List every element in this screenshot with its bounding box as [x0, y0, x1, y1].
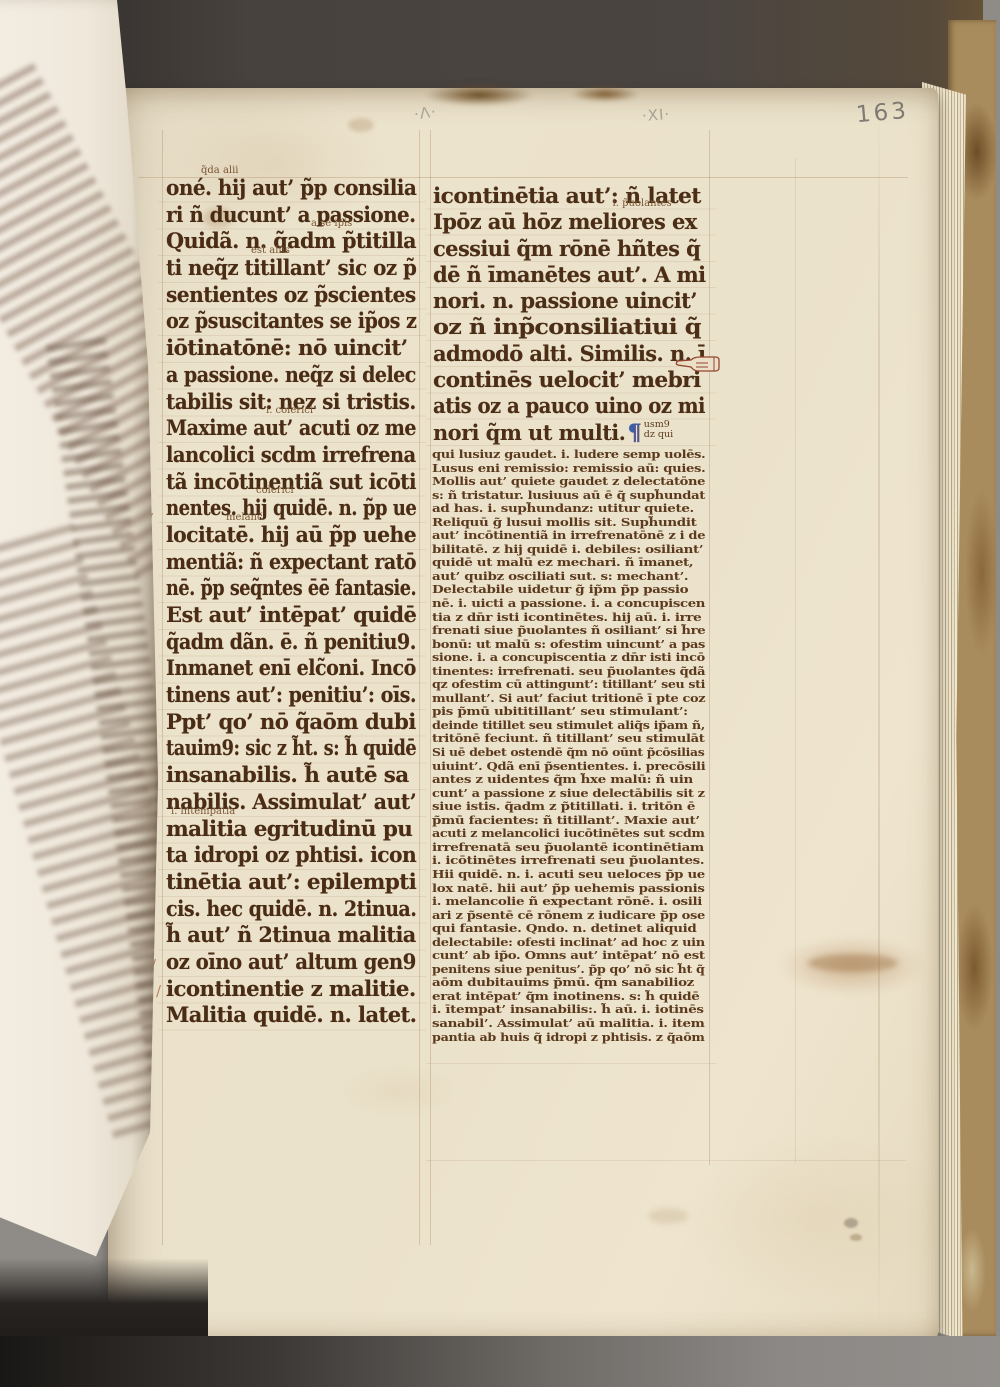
- ruling-line: [709, 130, 710, 1165]
- ruling-line: [426, 1063, 716, 1064]
- quire-mark: ·Λ·: [413, 103, 438, 124]
- gloss-line: aut’ incōtinentiã in irrefrenatōnē z i d…: [432, 529, 709, 543]
- text-line: colericinentes. hij quidē. n. p̃p ue: [166, 496, 416, 523]
- ruling-line: [162, 130, 163, 1245]
- gloss-line: cunt’ ab ip̃o. Omns aut’ intēpat’ nō est: [432, 949, 709, 963]
- margin-tick: /: [156, 982, 161, 1000]
- gloss-line: uiuint’. Qdã enī p̃sentientes. i. precōs…: [432, 760, 709, 774]
- gloss-line: lox natē. hii aut’ p̃p uehemis passionis: [432, 882, 709, 896]
- gloss-line: cunt’ a passione z siue delectābilis sit…: [432, 787, 709, 801]
- text-line: admodō alti. Similis. n. ī: [433, 341, 705, 367]
- text-line: atis oz a pauco uino oz mi: [433, 393, 705, 419]
- right-text-column: icontinētia aut’: ñ lateti. p̃uolantesIp…: [433, 183, 705, 420]
- gloss-line: ad has. i. suph̃undanz: utitur quiete.: [432, 502, 709, 516]
- text-line: oz p̃suscitantes se ip̃os z: [166, 309, 416, 336]
- text-line: nē. p̃p seq̃ntes ēē fantasie.: [166, 576, 416, 603]
- gloss-line: Lusus eni remissio: remissio aū: quies.: [432, 462, 709, 476]
- text-line: a passione. neq̃z si delec: [166, 363, 416, 390]
- ruling-line: [419, 130, 420, 1245]
- gloss-line: Mollis aut’ quiete gaudet z delectatōne: [432, 475, 709, 489]
- gloss-line: aōm dubitauims p̃mū. q̃m sanabilioz: [432, 976, 709, 990]
- quire-mark: ·XI·: [641, 105, 670, 125]
- gloss-line: quidē ut malū ez mechari. ñ īmanet,: [432, 556, 709, 570]
- text-line: q̃da aliioné. hij aut’ p̃p consilia: [166, 176, 416, 203]
- text-line: ta idropi oz phtisi. icon: [166, 843, 416, 870]
- interlinear-gloss: i. colerici: [266, 406, 313, 416]
- gloss-line: tinentes: irrefrenati. seu p̃uolantes q̃…: [432, 665, 709, 679]
- pencil-smudge: [844, 1218, 858, 1228]
- gloss-line: tritōnē feciunt. ñ titillant’ seu stimul…: [432, 732, 709, 746]
- gloss-line: bonū: ut malū s: ofestim uincunt’ a pas: [432, 638, 709, 652]
- text-line: est aliisti neq̃z titillant’ sic oz p̃: [166, 256, 416, 283]
- gloss-line: Reliquū g̃ lusui mollis sit. Suph̃undit: [432, 516, 709, 530]
- gloss-line: p̃mū facientes: ñ titillant’. Maxie aut’: [432, 814, 709, 828]
- manuscript-page: 163 ·Λ· ·XI· q̃da aliioné. hij aut’ p̃p …: [108, 88, 938, 1342]
- text-line: tinētia aut’: epilempti: [166, 870, 416, 897]
- gloss-line: nē. i. uicti a passione. i. a concupisce…: [432, 597, 709, 611]
- gloss-line: ari z p̃sentē cē rōnem z iudicare p̃p os…: [432, 909, 709, 923]
- water-stain: [808, 954, 898, 972]
- burn-stain: [424, 84, 534, 106]
- interlinear-gloss: colerici: [256, 486, 294, 496]
- manicule-icon: [674, 350, 720, 378]
- gloss-line: i. melancolie ñ expectant rōnē. i. osili: [432, 895, 709, 909]
- text-line: nori. n. passione uincit’: [433, 288, 705, 314]
- foxing-spot: [348, 118, 374, 132]
- ruling-line: [795, 158, 796, 1163]
- gloss-line: Si uē debet ostendē q̃m nō oūnt p̃cōsili…: [432, 746, 709, 760]
- text-line: tauim9: sic z h̃t. s: h̃ quidē: [166, 736, 416, 763]
- text-line: oz ñ inp̃consiliatiui q̃: [433, 314, 705, 340]
- manuscript-photo: 163 ·Λ· ·XI· q̃da aliioné. hij aut’ p̃p …: [0, 0, 1000, 1387]
- text-line: cessiui q̃m rōnē hñtes q̃: [433, 236, 705, 262]
- gloss-line: deinde titillet seu stimulet aliq̃s ip̃a…: [432, 719, 709, 733]
- text-line: lancolici scdm irrefrena: [166, 443, 416, 470]
- text-line: i. colericiMaxime aut’ acuti oz me: [166, 416, 416, 443]
- gloss-line: antes z uidentes q̃m h̃xe malū: ñ uin: [432, 773, 709, 787]
- gloss-line: qui lusiuz gaudet. i. ludere semp uolēs.: [432, 448, 709, 462]
- text-line: tinens aut’: penitiu’: oīs.: [166, 683, 416, 710]
- interlinear-gloss: est aliis: [251, 246, 290, 256]
- background-top: [0, 0, 1000, 94]
- gloss-line: aut’ quibz osciliati sut. s: mechant’.: [432, 570, 709, 584]
- text-line: i. p̃uolantesIpōz aū hōz meliores ex: [433, 209, 705, 235]
- gloss-line: pis p̃mū ubititillant’ seu stimulant’:: [432, 705, 709, 719]
- interlinear-gloss: a se ip̃is: [311, 219, 352, 229]
- interlinear-gloss: q̃da alii: [201, 166, 239, 176]
- burn-stain: [570, 86, 640, 102]
- ruling-line: [430, 130, 431, 1245]
- gloss-line: Hii quidē. n. i. acuti seu ueloces p̃p u…: [432, 868, 709, 882]
- text-line: Est aut’ intēpat’ quidē: [166, 603, 416, 630]
- gloss-line: penitens siue penitus’. p̃p qo’ nō sic h…: [432, 963, 709, 977]
- gloss-line: pantia ab huis q̃ idropi z phtisis. z q̃…: [432, 1031, 709, 1045]
- gloss-line: mullant’. Si aut’ faciut tritionē ī pte …: [432, 692, 709, 706]
- text-line: iōtinatōnē: nō uincit’: [166, 336, 416, 363]
- interlinear-gloss: i. intempãtia: [171, 807, 235, 817]
- gloss-line: sanabil’. Assimulat’ aū malitia. i. item: [432, 1017, 709, 1031]
- gloss-catchword: usm9dz qui: [644, 420, 673, 440]
- text-line: Inmanet enī elc̃oni. Incō: [166, 656, 416, 683]
- left-text-column: q̃da aliioné. hij aut’ p̃p consiliari ñ …: [166, 176, 416, 1030]
- text-line: insanabilis. h̃ autē sa: [166, 763, 416, 790]
- gloss-line: siue istis. q̃adm z p̃titillati. i. trit…: [432, 800, 709, 814]
- text-line: dē ñ īmanētes aut’. A mi: [433, 262, 705, 288]
- text-line: mentiã: ñ expectant ratō: [166, 550, 416, 577]
- gloss-line: bilitatē. z hij quidē i. debiles: osilia…: [432, 543, 709, 557]
- gloss-line: i. icōtinētes irrefrenati seu p̃uolantes…: [432, 854, 709, 868]
- text-line: icontinentie z malitie.: [166, 977, 416, 1004]
- pilcrow-mark: ¶: [627, 420, 640, 446]
- gloss-text-column: qui lusiuz gaudet. i. ludere semp uolēs.…: [432, 448, 709, 1044]
- gloss-line: irrefrenatā seu p̃uolantē icontinētiam: [432, 841, 709, 855]
- page-crease: [878, 96, 880, 1336]
- text-line: continēs uelocit’ mebri: [433, 367, 705, 393]
- text-line: h̃ aut’ ñ 2tinua malitia: [166, 923, 416, 950]
- background-bottom: [0, 1336, 1000, 1387]
- gloss-line: acuti z melancolici iucōtinētes sut scdm: [432, 827, 709, 841]
- gloss-line: i. ītempat’ insanabilis:. h̃ aū. i. ioti…: [432, 1003, 709, 1017]
- text-line: sentientes oz p̃scientes: [166, 283, 416, 310]
- text-line: oz oīno aut’ altum gen9: [166, 950, 416, 977]
- gloss-line: s: ñ tristatur. lusiuus aū ē q̃ suph̃und…: [432, 489, 709, 503]
- gloss-line: Delectabile uidetur g̃ ip̃m p̃p passio: [432, 583, 709, 597]
- text-line: cis. hec quidē. n. 2tinua.: [166, 897, 416, 924]
- text-line: a se ip̃isQuidã. n. q̃adm p̃titilla: [166, 229, 416, 256]
- interlinear-gloss: i. p̃uolantes: [613, 199, 672, 209]
- gloss-line: delectabile: ofesti inclinat’ ad hoc z u…: [432, 936, 709, 950]
- gloss-line: sione. i. a concupiscentia z dn̄r isti i…: [432, 651, 709, 665]
- text-line: ri ñ ducunt’ a passione.: [166, 203, 416, 230]
- gloss-line: qui fantasie. Qndo. n. detinet aliquid: [432, 922, 709, 936]
- text-line: q̃adm dãn. ē. ñ penitiu9.: [166, 630, 416, 657]
- gloss-line: tia z dn̄r isti icontinētes. hij aū. i. …: [432, 611, 709, 625]
- text-line: Ppt’ qo’ nō q̃aōm dubi: [166, 710, 416, 737]
- foxing-spot: [648, 1208, 688, 1224]
- text-line: i. intempãtiamalitia egritudinū pu: [166, 817, 416, 844]
- interlinear-gloss: melanc̃: [226, 513, 263, 523]
- gloss-line: frenati siue p̃uolantes ñ osiliant’ si h…: [432, 624, 709, 638]
- text-line-with-paraph: nori q̃m ut multi.¶usm9dz qui: [433, 420, 723, 446]
- text-line: melanc̃locitatē. hij aū p̃p uehe: [166, 523, 416, 550]
- ruling-line: [426, 1160, 906, 1161]
- pencil-smudge: [850, 1234, 862, 1241]
- text-line: Malitia quidē. n. latet.: [166, 1003, 416, 1030]
- gloss-line: erat intēpat’ q̃m inotinens. s: h̃ quidē: [432, 990, 709, 1004]
- gloss-line: qz ofestim cū attingunt’: titillant’ seu…: [432, 678, 709, 692]
- folio-number: 163: [855, 98, 910, 129]
